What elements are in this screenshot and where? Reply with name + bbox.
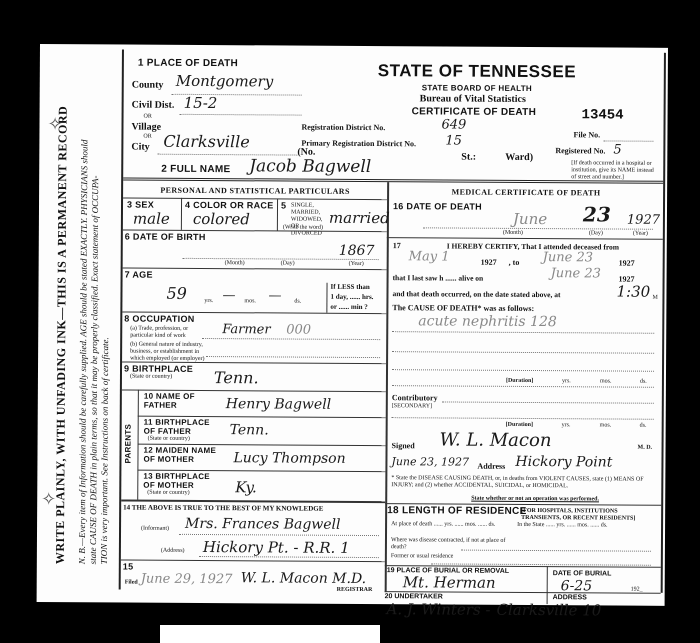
age-years-value: 59 — [166, 284, 186, 303]
mother-birthplace-label: 13 BIRTHPLACE OF MOTHER — [143, 472, 213, 490]
full-name-label: 2 FULL NAME — [161, 164, 230, 175]
dob-label: 6 DATE OF BIRTH — [125, 232, 206, 242]
yrs-label: yrs. — [562, 422, 571, 429]
at-place-label: At place of death ...... yrs. ...... mos… — [391, 521, 511, 529]
race-label: 4 COLOR OR RACE — [185, 200, 274, 211]
death-year-value: 1927 — [627, 213, 660, 228]
in-state-label: In the State ...... yrs. ...... mos. ...… — [517, 522, 657, 530]
hole-punch-mark: ✧ — [41, 489, 56, 510]
less-min-label: or ...... min ? — [330, 303, 367, 311]
full-name-value: Jacob Bagwell — [249, 156, 371, 177]
board-title: STATE BOARD OF HEALTH — [422, 83, 532, 93]
age-days-value: — — [268, 288, 281, 303]
sex-label: 3 SEX — [127, 200, 154, 210]
less-than-label: If LESS than — [330, 283, 369, 291]
residence-hint: [FOR HOSPITALS, INSTITUTIONS TRANSIENTS,… — [521, 508, 657, 523]
ds-label: ds. — [640, 423, 647, 430]
birthplace-value: Tenn. — [214, 368, 259, 387]
certify-number: 17 — [393, 241, 401, 250]
secondary-label: [SECONDARY] — [392, 403, 432, 410]
former-residence-label: Former or usual residence — [391, 553, 471, 560]
burial-date-label: DATE OF BURIAL — [553, 570, 612, 577]
registrar-label: REGISTRAR — [337, 587, 373, 594]
death-day-value: 23 — [583, 202, 611, 226]
informant-value: Mrs. Frances Bagwell — [185, 516, 341, 533]
informant-address-value: Hickory Pt. - R.R. 1 — [203, 538, 350, 557]
knowledge-label: 14 THE ABOVE IS TRUE TO THE BEST OF MY K… — [123, 504, 323, 513]
item-15-label: 15 — [123, 562, 134, 572]
to-label: , to — [509, 258, 520, 267]
instruction-note-3: TION is very important. See Instructions… — [99, 337, 111, 564]
county-label: County — [132, 80, 164, 91]
registered-no-value: 5 — [613, 143, 621, 158]
registration-district-label: Registration District No. — [301, 123, 385, 133]
death-time-suffix: M — [652, 295, 657, 302]
death-certificate: WRITE PLAINLY, WITH UNFADING INK—THIS IS… — [37, 44, 668, 606]
marital-options: SINGLE, MARRIED, WIDOWED, OR DIVORCED — [291, 203, 331, 238]
last-saw-text: that I last saw h ...... alive on — [393, 273, 484, 283]
occupation-a-label: (a) Trade, profession, or particular kin… — [130, 326, 202, 340]
death-month-label: (Month) — [503, 230, 523, 237]
city-value: Clarksville — [163, 132, 249, 152]
birthplace-label: 9 BIRTHPLACE — [124, 364, 193, 374]
informant-label: (Informant) — [141, 526, 169, 533]
death-month-value: June — [513, 210, 547, 228]
undertaker-address-value: Clarksville 10 — [496, 601, 601, 620]
street-label: St.: — [461, 152, 476, 163]
last-saw-value: June 23 — [551, 266, 601, 281]
state-title: STATE OF TENNESSEE — [378, 61, 576, 82]
birthplace-hint: (State or country) — [130, 374, 172, 381]
age-months-value: — — [222, 288, 235, 303]
certificate-form: 1 PLACE OF DEATH County Montgomery Civil… — [119, 50, 666, 593]
less-hrs-label: 1 day, ...... hrs. — [330, 293, 373, 301]
mother-birthplace-hint: (State or country) — [147, 490, 189, 497]
certificate-number: 13454 — [582, 107, 624, 123]
signed-address-label: Address — [477, 462, 505, 471]
cause-label: The CAUSE OF DEATH* was as follows: — [392, 303, 534, 313]
cause-value: acute nephritis 128 — [418, 313, 557, 330]
duration-label: [Duration] — [506, 378, 533, 385]
burial-place-value: Mt. Herman — [403, 573, 496, 592]
registrar-signature: W. L. Macon M.D. — [241, 570, 367, 587]
residence-label: 18 LENGTH OF RESIDENCE — [387, 505, 526, 517]
dob-month-label: (Month) — [225, 260, 245, 267]
sex-value: male — [133, 210, 170, 228]
place-of-death-label: 1 PLACE OF DEATH — [138, 58, 238, 70]
paper-tab — [160, 625, 380, 643]
personal-section-title: PERSONAL AND STATISTICAL PARTICULARS — [123, 186, 387, 197]
age-mos-label: mos. — [244, 298, 256, 305]
hospital-note: [If death occurred in a hospital or inst… — [571, 160, 657, 182]
civil-dist-value: 15-2 — [184, 94, 218, 112]
age-ds-label: ds. — [294, 299, 301, 306]
or-label: OR — [144, 114, 152, 121]
death-year-label: (Year) — [633, 231, 648, 238]
dob-year-value: 1867 — [339, 243, 375, 259]
race-value: colored — [193, 210, 250, 228]
occupation-a-value: Farmer — [222, 322, 270, 337]
operation-note: State whether or not an operation was pe… — [471, 496, 599, 504]
or-label: OR — [143, 134, 151, 141]
address-label: (Address) — [161, 548, 185, 555]
primary-registration-value: 15 — [445, 133, 462, 148]
signed-label: Signed — [392, 441, 415, 450]
age-label: 7 AGE — [125, 270, 153, 280]
registration-district-value: 649 — [441, 117, 466, 132]
county-value: Montgomery — [176, 72, 274, 91]
father-birthplace-hint: (State or country) — [148, 436, 190, 443]
margin-instructions: WRITE PLAINLY, WITH UNFADING INK—THIS IS… — [37, 44, 122, 602]
death-time-value: 1:30 — [616, 283, 650, 301]
occupation-code: 000 — [286, 323, 311, 338]
attended-from-value: May 1 — [409, 249, 450, 264]
ds-label: ds. — [640, 379, 647, 386]
contributory-label: Contributory — [392, 393, 438, 402]
hole-punch-mark: ✧ — [47, 114, 62, 135]
undertaker-value: A. J. Winters - — [386, 600, 490, 619]
occupation-label: 8 OCCUPATION — [124, 314, 194, 324]
father-label: 10 NAME OF FATHER — [144, 392, 204, 410]
mos-label: mos. — [600, 378, 612, 385]
father-value: Henry Bagwell — [226, 396, 331, 413]
mother-birthplace-value: Ky. — [235, 478, 257, 496]
occupation-b-label: (b) General nature of industry, business… — [130, 342, 210, 363]
civil-dist-label: Civil Dist. — [132, 100, 175, 111]
filed-date-value: June 29, 1927 — [141, 572, 233, 588]
signed-address-value: Hickory Point — [515, 454, 612, 471]
dob-day-label: (Day) — [281, 260, 295, 267]
md-label: M. D. — [638, 445, 653, 452]
mother-value: Lucy Thompson — [233, 450, 345, 467]
date-of-death-label: 16 DATE OF DEATH — [393, 201, 482, 212]
primary-registration-label: Primary Registration District No. — [301, 139, 416, 149]
filed-label: Filed — [125, 580, 138, 587]
registered-no-label: Registered No. — [555, 146, 605, 155]
medical-section-title: MEDICAL CERTIFICATE OF DEATH — [389, 187, 663, 198]
duration-label: [Duration] — [506, 422, 533, 429]
yrs-label: yrs. — [562, 378, 571, 385]
certificate-title: CERTIFICATE OF DEATH — [412, 106, 537, 118]
cause-footnote: * State the DISEASE CAUSING DEATH, or, i… — [391, 475, 657, 491]
city-label: City — [131, 142, 149, 153]
age-yrs-label: yrs. — [204, 298, 213, 305]
parents-label: PARENTS — [123, 424, 132, 464]
ward-label: Ward) — [505, 152, 533, 163]
marital-label: 5 — [281, 200, 286, 210]
bureau-title: Bureau of Vital Statistics — [420, 93, 526, 105]
mos-label: mos. — [600, 422, 612, 429]
signed-date-value: June 23, 1927 — [391, 455, 469, 468]
dob-year-label: (Year) — [349, 261, 364, 268]
physician-signature: W. L. Macon — [440, 429, 552, 451]
death-occurred-text: and that death occurred, on the date sta… — [392, 289, 560, 299]
certify-text: I HEREBY CERTIFY, That I attended deceas… — [447, 241, 619, 251]
village-label: Village — [131, 122, 161, 133]
father-birthplace-value: Tenn. — [230, 422, 269, 438]
marital-value: married — [329, 209, 390, 227]
file-no-label: File No. — [573, 130, 600, 139]
attended-to-year: 1927 — [619, 259, 635, 268]
attended-from-year: 1927 — [481, 258, 497, 267]
mother-label: 12 MAIDEN NAME OF MOTHER — [143, 446, 223, 464]
father-birthplace-label: 11 BIRTHPLACE OF FATHER — [144, 418, 214, 436]
attended-to-value: June 23 — [543, 250, 593, 265]
death-day-label: (Day) — [589, 230, 603, 237]
